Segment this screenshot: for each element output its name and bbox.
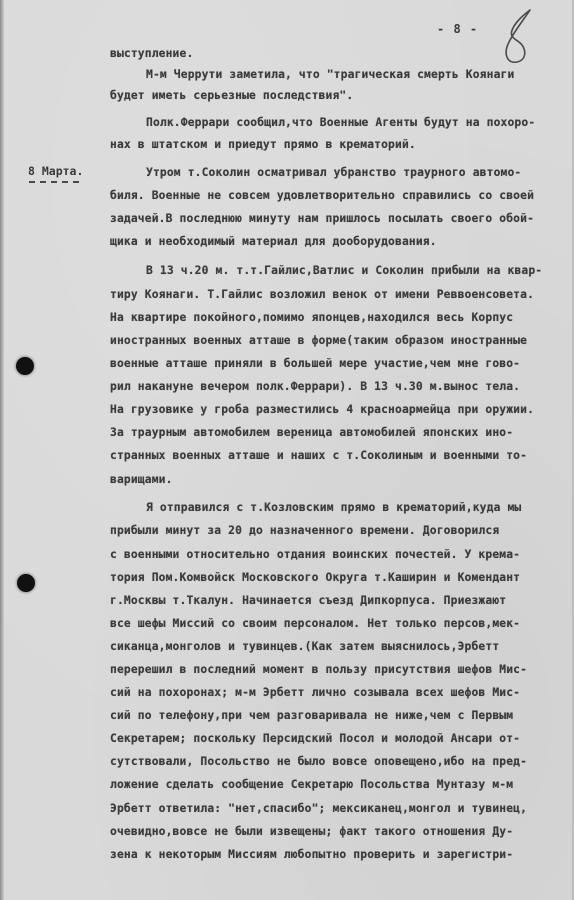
text-line: На грузовике у гроба разместились 4 крас… [110,403,534,416]
text-line: В 13 ч.20 м. т.т.Гайлис,Ватлис и Соколин… [146,264,542,277]
punch-hole [16,357,34,375]
text-line: варищами. [110,473,173,486]
text-line: сиканца,монголов и тувинцев.(Как затем в… [110,640,499,653]
text-line: За траурным автомобилем вереница автомоб… [110,426,513,439]
text-line: тория Пом.Комвойск Московского Округа т.… [110,571,520,584]
text-line: тиру Коянаги. Т.Гайлис возложил венок от… [110,288,534,301]
text-line: нах в штатском и приедут прямо в кремато… [110,138,416,151]
punch-hole [17,574,35,592]
page-number: - 8 - [437,22,478,36]
text-line: Секретарем; поскольку Персидский Посол и… [110,732,520,745]
text-line: с военными относительно отдания воинских… [110,548,520,561]
text-line: выступление. [110,47,193,60]
margin-date-underline [29,181,79,183]
handwritten-folio-number [497,8,537,66]
text-line: зена к некоторым Миссиям любопытно прове… [110,848,513,861]
text-line: рил накануне вечером полк.Феррари). В 13… [110,380,520,393]
text-line: На квартире покойного,помимо японцев,нах… [110,311,513,324]
text-line: военные атташе приняли в большей мере уч… [110,357,520,370]
text-line: сий по телефону,при чем разговаривала не… [110,709,513,722]
text-line: странных военных атташе и наших с т.Соко… [110,449,527,462]
text-line: задачей.В последнюю минуту нам пришлось … [110,212,534,225]
page-left-edge [0,0,4,900]
text-line: биля. Военные не совсем удовлетворительн… [110,189,534,202]
margin-date-note: 8 Марта. [28,164,83,178]
text-line: прибыли минут за 20 до назначенного врем… [110,524,499,537]
text-line: перерешил в последний момент в пользу пр… [110,663,527,676]
text-line: иностранных военных атташе в форме(таким… [110,334,527,347]
text-line: ложение сделать сообщение Секретарю Посо… [110,778,513,791]
text-line: Я отправился с т.Козловским прямо в крем… [146,501,521,514]
text-line: все шефы Миссий со своим персоналом. Нет… [110,617,520,630]
text-line: Утром т.Соколин осматривал убранство тра… [146,166,521,179]
text-line: будет иметь серьезные последствия". [110,89,353,102]
text-line: щика и необходимый материал для дооборуд… [110,235,437,248]
text-line: очевидно,вовсе не были извещены; факт та… [110,825,513,838]
document-page: - 8 - 8 Марта. выступление.М-м Черрути з… [0,0,574,900]
text-line: г.Москвы т.Ткалун. Начинается съезд Дипк… [110,594,506,607]
text-line: М-м Черрути заметила, что "трагическая с… [146,68,514,81]
text-line: сий на похоронах; м-м Эрбетт лично созыв… [110,686,520,699]
text-line: Полк.Феррари сообщил,что Военные Агенты … [146,116,535,129]
text-line: Эрбетт ответила: "нет,спасибо"; мексикан… [110,802,527,815]
text-line: сутствовали, Посольство не было вовсе оп… [110,755,527,768]
